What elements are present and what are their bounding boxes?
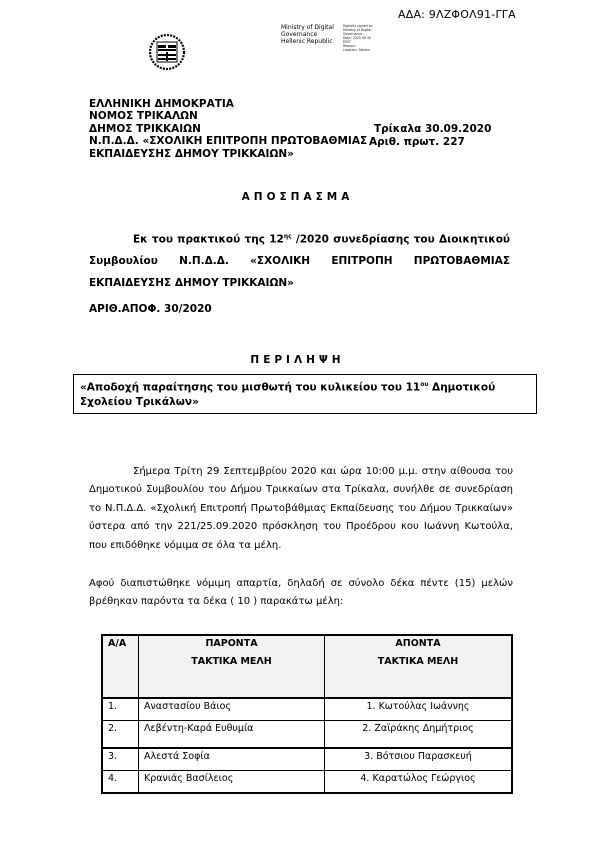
ministry-line: Governance bbox=[281, 31, 334, 38]
members-table: Α/Α ΠΑΡΟΝΤΑ ΤΑΚΤΙΚΑ ΜΕΛΗ ΑΠΟΝΤΑ ΤΑΚΤΙΚΑ … bbox=[101, 634, 513, 794]
protocol-number: Αριθ. πρωτ. 227 bbox=[369, 136, 465, 148]
intro-paragraph: Εκ του πρακτικού της 12ης /2020 συνεδρία… bbox=[89, 226, 510, 294]
summary-title: ΠΕΡΙΛΗΨΗ bbox=[0, 354, 595, 366]
cell-present: Αλεστά Σοφία bbox=[139, 748, 325, 771]
table-row: 2. Λεβέντη-Καρά Ευθυμία 2. Ζαϊράκης Δημή… bbox=[102, 721, 512, 749]
cell-present: Κρανιάς Βασίλειος bbox=[139, 771, 325, 794]
body-paragraph-1: Σήμερα Τρίτη 29 Σεπτεμβρίου 2020 και ώρα… bbox=[89, 463, 513, 555]
ministry-label: Ministry of Digital Governance Hellenic … bbox=[281, 24, 334, 45]
document-title: ΑΠΟΣΠΑΣΜΑ bbox=[0, 191, 595, 203]
cell-present: Λεβέντη-Καρά Ευθυμία bbox=[139, 721, 325, 749]
header-present: ΠΑΡΟΝΤΑ ΤΑΚΤΙΚΑ ΜΕΛΗ bbox=[139, 635, 325, 698]
ada-code: ΑΔΑ: 9ΛΖΦΟΛ91-ΓΓΑ bbox=[398, 8, 516, 21]
header-line: ΝΟΜΟΣ ΤΡΙΚΑΛΩΝ bbox=[89, 110, 367, 122]
intro-text: Εκ του πρακτικού της 12 bbox=[133, 234, 284, 246]
header-present-line1: ΠΑΡΟΝΤΑ bbox=[144, 638, 319, 649]
table-row: 4. Κρανιάς Βασίλειος 4. Καρατώλος Γεώργι… bbox=[102, 771, 512, 794]
hellenic-emblem-icon bbox=[147, 32, 187, 72]
cell-absent: 1. Κωτούλας Ιωάννης bbox=[325, 698, 513, 721]
table-row: 1. Αναστασίου Βάιος 1. Κωτούλας Ιωάννης bbox=[102, 698, 512, 721]
ministry-line: Hellenic Republic bbox=[281, 38, 334, 45]
cell-absent: 2. Ζαϊράκης Δημήτριος bbox=[325, 721, 513, 749]
header-aa: Α/Α bbox=[102, 635, 139, 698]
signature-line: Location: Athens bbox=[343, 48, 373, 52]
summary-box: «Αποδοχή παραίτησης του μισθωτή του κυλι… bbox=[73, 374, 537, 414]
body-text: Σήμερα Τρίτη 29 Σεπτεμβρίου 2020 και ώρα… bbox=[89, 466, 513, 551]
cell-aa: 2. bbox=[102, 721, 139, 749]
cell-absent: 3. Βότσιου Παρασκευή bbox=[325, 748, 513, 771]
cell-aa: 1. bbox=[102, 698, 139, 721]
header-present-line2: ΤΑΚΤΙΚΑ ΜΕΛΗ bbox=[144, 656, 319, 667]
body-paragraph-2: Αφού διαπιστώθηκε νόμιμη απαρτία, δηλαδή… bbox=[89, 575, 513, 612]
header-absent-line2: ΤΑΚΤΙΚΑ ΜΕΛΗ bbox=[330, 656, 506, 667]
decision-number: ΑΡΙΘ.ΑΠΟΦ. 30/2020 bbox=[89, 303, 212, 315]
header-line: ΕΛΛΗΝΙΚΗ ΔΗΜΟΚΡΑΤΙΑ bbox=[89, 98, 367, 110]
header-line: ΔΗΜΟΣ ΤΡΙΚΚΑΙΩΝ bbox=[89, 123, 367, 135]
header-line: Ν.Π.Δ.Δ. «ΣΧΟΛΙΚΗ ΕΠΙΤΡΟΠΗ ΠΡΩΤΟΒΑΘΜΙΑΣ bbox=[89, 135, 367, 147]
header-absent: ΑΠΟΝΤΑ ΤΑΚΤΙΚΑ ΜΕΛΗ bbox=[325, 635, 513, 698]
intro-superscript: ης bbox=[284, 233, 292, 240]
place-date: Τρίκαλα 30.09.2020 bbox=[374, 123, 491, 135]
table-header-row: Α/Α ΠΑΡΟΝΤΑ ΤΑΚΤΙΚΑ ΜΕΛΗ ΑΠΟΝΤΑ ΤΑΚΤΙΚΑ … bbox=[102, 635, 512, 698]
cell-aa: 3. bbox=[102, 748, 139, 771]
cell-absent: 4. Καρατώλος Γεώργιος bbox=[325, 771, 513, 794]
cell-present: Αναστασίου Βάιος bbox=[139, 698, 325, 721]
table-row: 3. Αλεστά Σοφία 3. Βότσιου Παρασκευή bbox=[102, 748, 512, 771]
cell-aa: 4. bbox=[102, 771, 139, 794]
header-line: ΕΚΠΑΙΔΕΥΣΗΣ ΔΗΜΟΥ ΤΡΙΚΚΑΙΩΝ» bbox=[89, 148, 367, 160]
summary-text: «Αποδοχή παραίτησης του μισθωτή του κυλι… bbox=[80, 382, 420, 394]
ministry-line: Ministry of Digital bbox=[281, 24, 334, 31]
issuer-header: ΕΛΛΗΝΙΚΗ ΔΗΜΟΚΡΑΤΙΑ ΝΟΜΟΣ ΤΡΙΚΑΛΩΝ ΔΗΜΟΣ… bbox=[89, 98, 367, 160]
digital-signature-block: Digitally signed by Ministry of Digital … bbox=[343, 24, 373, 52]
header-absent-line1: ΑΠΟΝΤΑ bbox=[330, 638, 506, 649]
